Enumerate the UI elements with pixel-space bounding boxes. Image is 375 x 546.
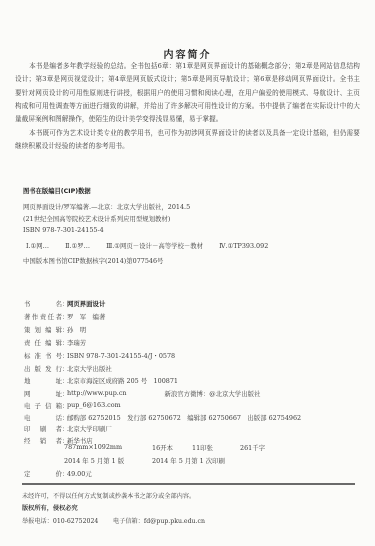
colophon-row: 电子信箱：pup_6@163.com <box>24 401 121 410</box>
spec-sheets: 11印张 <box>192 443 213 452</box>
colophon-label: 电子信箱 <box>24 401 62 410</box>
label-char: 标 <box>24 351 30 360</box>
colophon-label: 网址 <box>24 389 62 398</box>
cip-classification: Ⅰ.①网… Ⅱ.①罗… Ⅲ.①网页－设计－高等学校－教材 Ⅳ.①TP393.09… <box>26 241 282 250</box>
summary-title: 内容简介 <box>0 46 375 61</box>
cip-line-title: 网页界面设计/罗军编著.—北京：北京大学出版社，2014.5 <box>23 202 190 211</box>
label-char: 电 <box>24 413 30 422</box>
price-label: 定价 <box>24 469 62 478</box>
spec-format: 16开本 <box>152 443 173 452</box>
colophon-label: 责任编辑 <box>24 338 62 347</box>
label-char: 任 <box>48 312 54 321</box>
label-char: 出 <box>24 364 30 373</box>
cip-line-series: (21世纪全国高等院校艺术设计系列应用型规划教材) <box>23 214 170 223</box>
label-char: 作 <box>32 312 38 321</box>
label-char: 印 <box>24 424 30 433</box>
separator-line <box>22 483 355 485</box>
spec-size: 787mm×1092mm <box>64 443 122 451</box>
cip-class-3: Ⅲ.①网页－设计－高等学校－教材 <box>106 241 203 250</box>
colophon-label: 著作责任者 <box>24 312 62 321</box>
label-char: 版 <box>35 364 41 373</box>
colophon-label: 策划编辑 <box>24 325 62 334</box>
cip-line-isbn: ISBN 978-7-301-24155-4 <box>23 226 104 234</box>
spec-words: 261千字 <box>240 443 265 452</box>
colophon-row: 策划编辑：孙 明 <box>24 325 86 334</box>
label-char: 网 <box>24 389 30 398</box>
colophon-label: 标准书号 <box>24 351 62 360</box>
rights-reserved: 版权所有，侵权必究 <box>22 503 78 512</box>
colophon-value: http://www.pup.cn <box>67 389 127 398</box>
label-char: 书 <box>45 351 51 360</box>
label-char: 责 <box>40 312 46 321</box>
label-char: 责 <box>24 338 30 347</box>
colophon-row: 电话：邮购部 62752015 发行部 62750672 编辑部 6275066… <box>24 413 301 422</box>
label-char: 发 <box>45 364 51 373</box>
label-char: 经 <box>24 436 30 445</box>
spec-printing: 2014 年 5 月第 1 次印刷 <box>152 456 225 465</box>
label-char: 著 <box>24 312 30 321</box>
label-char: 销 <box>40 436 46 445</box>
colophon-value: 罗 军 编著 <box>67 312 105 321</box>
summary-paragraph-1-text: 本书是编者多年教学经验的总结。全书包括6章：第1章是网页界面设计的基础概念部分；… <box>15 62 360 123</box>
label-char: 准 <box>35 351 41 360</box>
colophon-value: ISBN 978-7-301-24155-4/J・0578 <box>67 351 175 360</box>
summary-paragraph-2-text: 本书既可作为艺术设计类专业的教学用书，也可作为初涉网页界面设计的读者以及具备一定… <box>15 129 360 150</box>
colophon-value: 邮购部 62752015 发行部 62750672 编辑部 62750667 出… <box>67 413 301 422</box>
colophon-value: pup_6@163.com <box>67 401 121 410</box>
cip-core-number: 中国版本图书馆CIP数据核字(2014)第077546号 <box>23 256 163 265</box>
cip-heading: 图书在版编目(CIP)数据 <box>23 186 91 195</box>
label-char: 刷 <box>40 424 46 433</box>
cip-class-2: Ⅱ.①罗… <box>65 241 90 250</box>
colophon-label: 电话 <box>24 413 62 422</box>
summary-paragraph-2: 本书既可作为艺术设计类专业的教学用书，也可作为初涉网页界面设计的读者以及具备一定… <box>15 127 360 154</box>
report-phone: 举报电话：010-62752024 <box>22 516 98 525</box>
label-char: 策 <box>24 325 30 334</box>
label-char: 编 <box>45 325 51 334</box>
label-char: 者 <box>56 312 62 321</box>
colophon-value: 李瑞芳 <box>67 338 86 347</box>
label-char: 信 <box>45 401 51 410</box>
colophon-value: 北京大学印刷厂 <box>67 424 112 433</box>
label-char: 划 <box>35 325 41 334</box>
colophon-row: 责任编辑：李瑞芳 <box>24 338 86 347</box>
label-char: 书 <box>24 299 30 308</box>
label-char: 子 <box>35 401 41 410</box>
colophon-row: 地址：北京市海淀区成府路 205 号 100871 <box>24 376 178 385</box>
colophon-label: 印刷者 <box>24 424 62 433</box>
cip-class-4: Ⅳ.①TP393.092 <box>219 242 268 250</box>
label-char: 编 <box>45 338 51 347</box>
colophon-row: 网址：http://www.pup.cn新浪官方微博：@北京大学出版社 <box>24 389 260 398</box>
colophon-row: 著作责任者：罗 军 编著 <box>24 312 105 321</box>
label-char: 电 <box>24 401 30 410</box>
cip-class-1: Ⅰ.①网… <box>26 241 49 250</box>
copy-notice: 未经许可，不得以任何方式复制或抄袭本书之部分或全部内容。 <box>22 491 195 500</box>
price-label-char: 定 <box>24 469 30 478</box>
label-char: 任 <box>35 338 41 347</box>
colophon-value: 北京市海淀区成府路 205 号 100871 <box>67 376 178 385</box>
price-value: 49.00元 <box>67 469 92 478</box>
colophon-value: 网页界面设计 <box>67 299 105 308</box>
colophon-extra: 新浪官方微博：@北京大学出版社 <box>165 389 261 398</box>
colophon-label: 书名 <box>24 299 62 308</box>
colophon-row: 出版发行：北京大学出版社 <box>24 364 112 373</box>
colophon-value: 孙 明 <box>67 325 86 334</box>
colophon-row: 印刷者：北京大学印刷厂 <box>24 424 112 433</box>
label-char: 地 <box>24 376 30 385</box>
colophon-label: 经销者 <box>24 436 62 445</box>
colophon-row: 书名：网页界面设计 <box>24 299 105 308</box>
colophon-label: 地址 <box>24 376 62 385</box>
summary-paragraph-1: 本书是编者多年教学经验的总结。全书包括6章：第1章是网页界面设计的基础概念部分；… <box>15 60 360 126</box>
colophon-row: 标准书号：ISBN 978-7-301-24155-4/J・0578 <box>24 351 175 360</box>
price-row: 定价：49.00元 <box>24 469 92 478</box>
spec-edition: 2014 年 5 月第 1 版 <box>64 456 124 465</box>
report-email: 电子信箱：fd@pup.pku.edu.cn <box>113 516 205 525</box>
colophon-value: 北京大学出版社 <box>67 364 112 373</box>
colophon-label: 出版发行 <box>24 364 62 373</box>
